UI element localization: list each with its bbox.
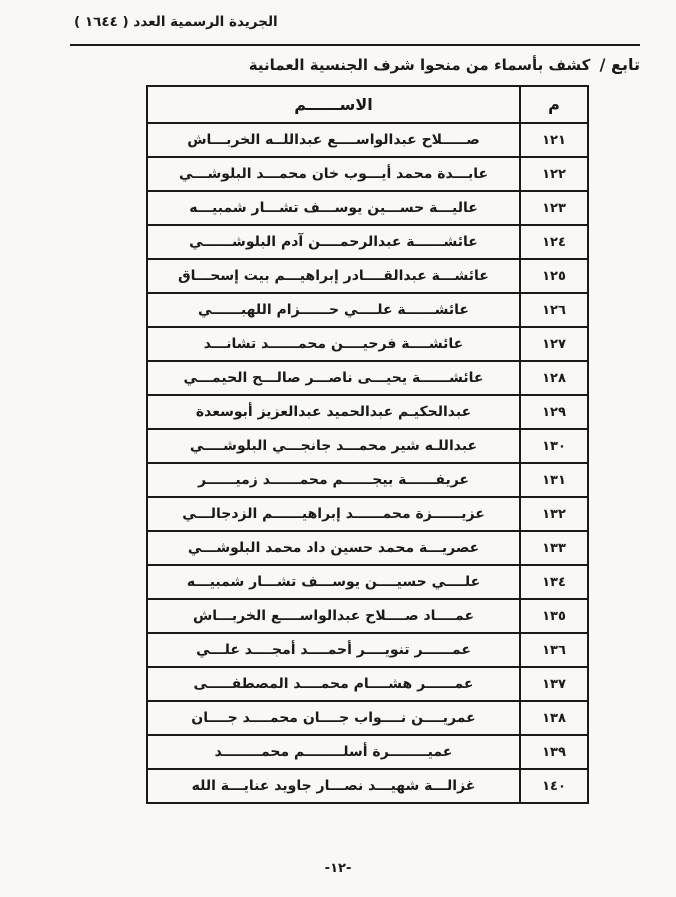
table-row: ١٣٠ عبداللـه شير محمـــد جانجـــي البلوش…	[147, 429, 588, 463]
table-row: ١٢٧ عائشــــة فرحيــــن محمــــــد تشانـ…	[147, 327, 588, 361]
name-cell: صـــــلاح عبدالواســــع عبداللــه الخربـ…	[147, 123, 520, 157]
table-row: ١٢٣ عاليـــة حســـين يوســـف تشـــار شمب…	[147, 191, 588, 225]
table-row: ١٣٤ علــــي حسيــــن يوســـف تشـــار شمب…	[147, 565, 588, 599]
table-row: ١٢٨ عائشــــــة يحيـــى ناصـــر صالـــح …	[147, 361, 588, 395]
name-cell: عزيــــــزة محمــــــد إبراهيــــــم الز…	[147, 497, 520, 531]
name-cell: علــــي حسيــــن يوســـف تشـــار شمبيـــ…	[147, 565, 520, 599]
table-row: ١٢٦ عائشــــــة علــــي حــــــزام اللهب…	[147, 293, 588, 327]
name-cell: عائشــــــة يحيـــى ناصـــر صالـــح الحي…	[147, 361, 520, 395]
name-cell: عميــــــــرة أسلــــــــم محمــــــــد	[147, 735, 520, 769]
serial-cell: ١٣٧	[520, 667, 588, 701]
names-table: م الاســــــم ١٢١ صـــــلاح عبدالواســــ…	[146, 85, 589, 804]
name-cell: عابـــدة محمد أيـــوب خان محمـــد البلوش…	[147, 157, 520, 191]
table-header: م الاســــــم	[147, 86, 588, 123]
serial-cell: ١٣٣	[520, 531, 588, 565]
serial-cell: ١٣٥	[520, 599, 588, 633]
table-row: ١٣٩ عميــــــــرة أسلــــــــم محمــــــ…	[147, 735, 588, 769]
serial-cell: ١٢٢	[520, 157, 588, 191]
name-cell: عاليـــة حســـين يوســـف تشـــار شمبيـــ…	[147, 191, 520, 225]
serial-cell: ١٤٠	[520, 769, 588, 803]
serial-cell: ١٣٠	[520, 429, 588, 463]
table-row: ١٣٢ عزيــــــزة محمــــــد إبراهيــــــم…	[147, 497, 588, 531]
gazette-issue-header: الجريدة الرسمية العدد ( ١٦٤٤ )	[74, 14, 278, 30]
serial-cell: ١٢٩	[520, 395, 588, 429]
name-cell: عمــــــر تنويــــر أحمــــد أمجــــد عل…	[147, 633, 520, 667]
table-row: ١٤٠ غزالـــة شهيـــد نصـــار جاويد عنايـ…	[147, 769, 588, 803]
name-cell: عائشــــــة علــــي حــــــزام اللهبــــ…	[147, 293, 520, 327]
serial-cell: ١٢٤	[520, 225, 588, 259]
name-cell: عائشــــــة عبدالرحمــــن آدم البلوشــــ…	[147, 225, 520, 259]
table-row: ١٣٥ عمــــاد صــــلاح عبدالواســــع الخر…	[147, 599, 588, 633]
gazette-page: الجريدة الرسمية العدد ( ١٦٤٤ ) تابع / كش…	[0, 0, 676, 897]
table-row: ١٢١ صـــــلاح عبدالواســــع عبداللــه ال…	[147, 123, 588, 157]
table-row: ١٣٣ عصريـــة محمد حسين داد محمد البلوشــ…	[147, 531, 588, 565]
page-number: -١٢-	[0, 861, 676, 876]
name-cell: عائشـــة عبدالقــــادر إبراهيـــم بيت إس…	[147, 259, 520, 293]
name-cell: عمريــــن نــــواب جــــان محمــــد جـــ…	[147, 701, 520, 735]
header-row: م الاســــــم	[147, 86, 588, 123]
serial-cell: ١٣٤	[520, 565, 588, 599]
name-cell: عبداللـه شير محمـــد جانجـــي البلوشــــ…	[147, 429, 520, 463]
serial-cell: ١٣١	[520, 463, 588, 497]
table-row: ١٣٧ عمــــــر هشــــام محمــــد المصطفــ…	[147, 667, 588, 701]
list-title-text: كشف بأسماء من منحوا شرف الجنسية العمانية	[249, 56, 591, 74]
serial-cell: ١٣٩	[520, 735, 588, 769]
serial-cell: ١٢٧	[520, 327, 588, 361]
table-row: ١٢٢ عابـــدة محمد أيـــوب خان محمـــد ال…	[147, 157, 588, 191]
name-cell: عائشــــة فرحيــــن محمــــــد تشانـــد	[147, 327, 520, 361]
serial-cell: ١٢٣	[520, 191, 588, 225]
table-row: ١٣١ عريفــــــة بيجــــــم محمــــــد زم…	[147, 463, 588, 497]
column-header-serial: م	[520, 86, 588, 123]
name-cell: عمــــــر هشــــام محمــــد المصطفـــــى	[147, 667, 520, 701]
name-cell: غزالـــة شهيـــد نصـــار جاويد عنايـــة …	[147, 769, 520, 803]
serial-cell: ١٢٨	[520, 361, 588, 395]
serial-cell: ١٢٦	[520, 293, 588, 327]
table-row: ١٢٥ عائشـــة عبدالقــــادر إبراهيـــم بي…	[147, 259, 588, 293]
table-row: ١٣٨ عمريــــن نــــواب جــــان محمــــد …	[147, 701, 588, 735]
name-cell: عريفــــــة بيجــــــم محمــــــد زميـــ…	[147, 463, 520, 497]
name-cell: عمــــاد صــــلاح عبدالواســــع الخربـــ…	[147, 599, 520, 633]
table-body: ١٢١ صـــــلاح عبدالواســــع عبداللــه ال…	[147, 123, 588, 803]
table-row: ١٢٤ عائشــــــة عبدالرحمــــن آدم البلوش…	[147, 225, 588, 259]
table-row: ١٢٩ عبدالحكيـم عبدالحميد عبدالعزيز أبوسع…	[147, 395, 588, 429]
name-cell: عصريـــة محمد حسين داد محمد البلوشـــي	[147, 531, 520, 565]
serial-cell: ١٢١	[520, 123, 588, 157]
name-cell: عبدالحكيـم عبدالحميد عبدالعزيز أبوسعدة	[147, 395, 520, 429]
header-divider	[70, 44, 640, 46]
serial-cell: ١٣٢	[520, 497, 588, 531]
serial-cell: ١٢٥	[520, 259, 588, 293]
serial-cell: ١٣٦	[520, 633, 588, 667]
serial-cell: ١٣٨	[520, 701, 588, 735]
table-row: ١٣٦ عمــــــر تنويــــر أحمــــد أمجــــ…	[147, 633, 588, 667]
list-title-prefix: تابع /	[600, 55, 640, 74]
list-title: تابع / كشف بأسماء من منحوا شرف الجنسية ا…	[249, 55, 640, 74]
column-header-name: الاســــــم	[147, 86, 520, 123]
